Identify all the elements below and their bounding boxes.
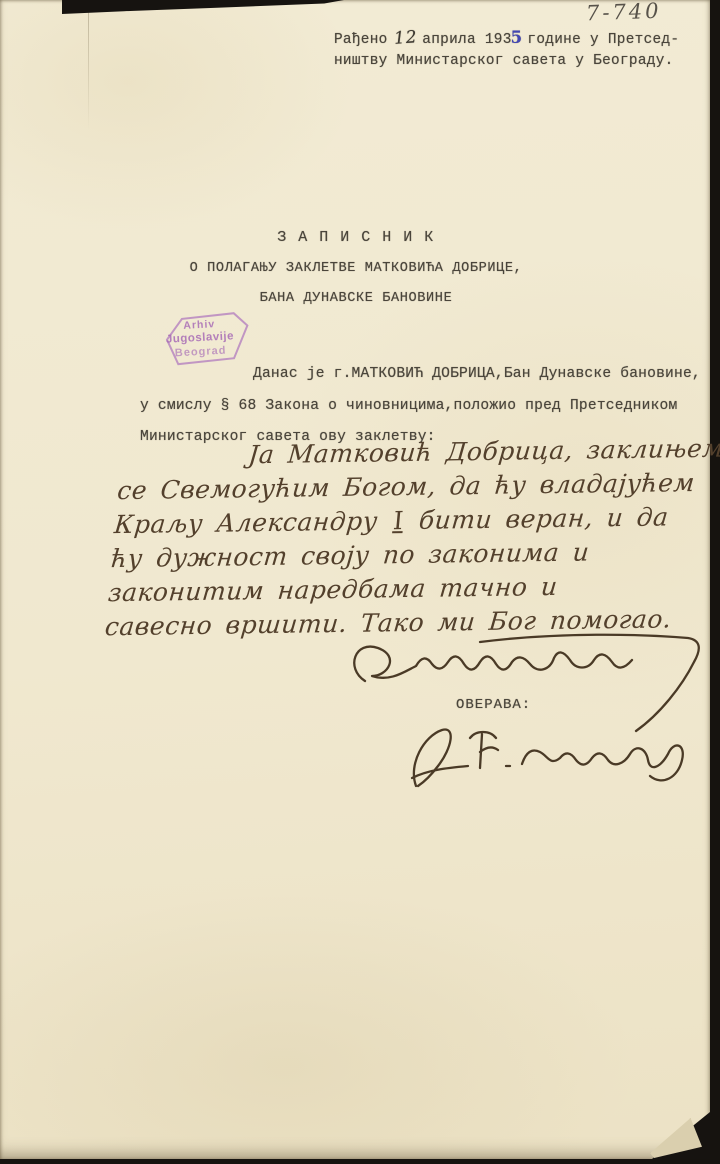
king-numeral: I <box>390 506 407 535</box>
date-typed-middle: априла 193 <box>422 32 511 48</box>
certify-label: ОВЕРАВА: <box>456 697 531 713</box>
date-note-line1: Рађено12априла 1935године у Претсед- <box>334 27 709 51</box>
archive-number-pencil: 7-740 <box>586 0 662 25</box>
date-note: Рађено12априла 1935године у Претсед- ниш… <box>334 27 709 72</box>
signature-verifier-autograph <box>398 720 698 810</box>
record-title: З А П И С Н И К <box>0 229 712 246</box>
scanned-paper-sheet: 7-740 Рађено12априла 1935године у Претсе… <box>0 0 710 1159</box>
date-typed-prefix: Рађено <box>334 32 388 48</box>
body-line2: у смислу § 68 Закона о чиновницима,полож… <box>140 391 715 423</box>
record-subtitle-line2: БАНА ДУНАВСКЕ БАНОВИНЕ <box>0 291 712 306</box>
scan-edge-notch-top <box>62 0 344 14</box>
paper-crease <box>88 0 89 130</box>
date-typed-suffix: године у Претсед- <box>527 32 679 48</box>
date-ink-year-digit: 5 <box>511 28 523 47</box>
body-line1: Данас је г.МАТКОВИЋ ДОБРИЦА,Бан Дунавске… <box>140 359 715 391</box>
date-note-line2: ништву Министарског савета у Београду. <box>334 51 709 72</box>
date-handwritten-day: 12 <box>393 27 418 50</box>
record-subtitle-line1: О ПОЛАГАЊУ ЗАКЛЕТВЕ МАТКОВИЋА ДОБРИЦЕ, <box>0 261 712 276</box>
handwritten-oath: Ја Матковић Добрица, заклињем се Свемогу… <box>103 432 712 645</box>
record-heading: З А П И С Н И К О ПОЛАГАЊУ ЗАКЛЕТВЕ МАТК… <box>0 229 712 306</box>
